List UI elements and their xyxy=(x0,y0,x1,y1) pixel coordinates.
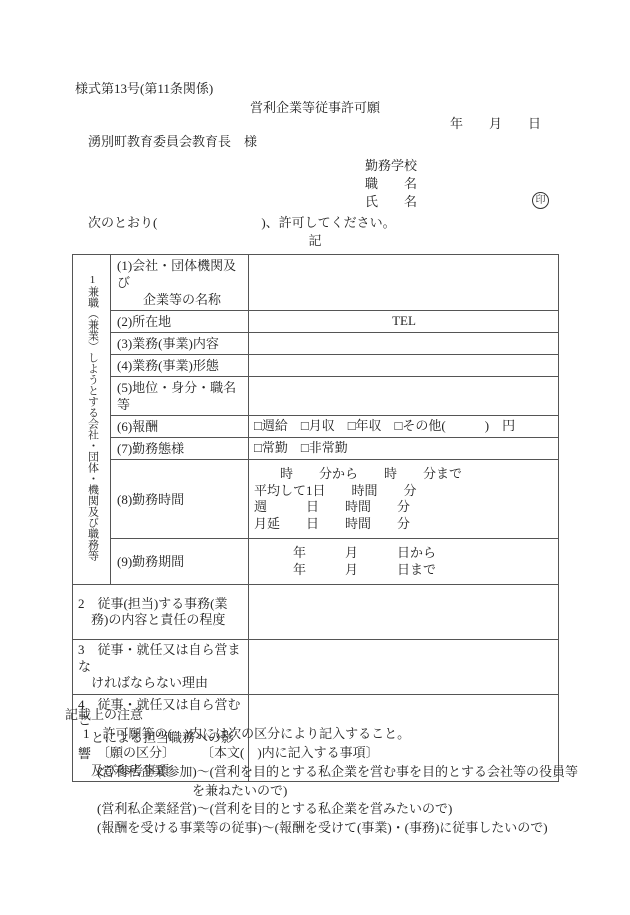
row-value-checkboxes: □常勤 □非常勤 xyxy=(249,438,559,460)
addressee: 湧別町教育委員会教育長 様 xyxy=(88,134,257,150)
item-label: 3 従事・就任又は自ら営まな ければならない理由 xyxy=(73,640,249,695)
row-value-empty xyxy=(249,377,559,416)
row-label: (1)会社・団体機関及び 企業等の名称 xyxy=(111,255,249,311)
table-row: 1兼職︵兼業︶しようとする会社・団体・機関及び職務等 (1)会社・団体機関及び … xyxy=(73,255,559,311)
item-label: 2 従事(担当)する事務(業 務)の内容と責任の程度 xyxy=(73,585,249,640)
row-value-empty xyxy=(249,333,559,355)
row-value-checkboxes: □週給 □月収 □年収 □その他( ) 円 xyxy=(249,416,559,438)
form-number: 様式第13号(第11条関係) xyxy=(75,81,213,97)
seal-icon: 印 xyxy=(532,192,549,209)
row-label: (5)地位・身分・職名等 xyxy=(111,377,249,416)
table-row: 3 従事・就任又は自ら営まな ければならない理由 xyxy=(73,640,559,695)
note-line: (営利私企業参加)～(営利を目的とする私企業を営む事を目的とする会社等の役員等 xyxy=(97,764,578,780)
seal-character: 印 xyxy=(536,196,546,206)
table-row: (6)報酬 □週給 □月収 □年収 □その他( ) 円 xyxy=(73,416,559,438)
table-row: (5)地位・身分・職名等 xyxy=(73,377,559,416)
note-line: を兼ねたいので) xyxy=(192,783,287,799)
note-line: (報酬を受ける事業等の従事)～(報酬を受けて(事業)・(事務)に従事したいので) xyxy=(97,820,548,836)
row-value: 時 分から 時 分まで 平均して1日 時間 分 週 日 時間 分 月延 日 時間… xyxy=(249,460,559,539)
note-line: (営利私企業経営)～(営利を目的とする私企業を営みたいので) xyxy=(97,801,452,817)
row-label: (8)勤務時間 xyxy=(111,460,249,539)
item-value-empty xyxy=(249,585,559,640)
row-value: TEL xyxy=(249,311,559,333)
date-line: 年 月 日 xyxy=(450,116,541,132)
table-row: (4)業務(事業)形態 xyxy=(73,355,559,377)
row-label: (2)所在地 xyxy=(111,311,249,333)
request-line: 次のとおり( )、許可してください。 xyxy=(88,215,396,231)
application-table: 1兼職︵兼業︶しようとする会社・団体・機関及び職務等 (1)会社・団体機関及び … xyxy=(72,254,559,782)
row-label: (4)業務(事業)形態 xyxy=(111,355,249,377)
name-label: 氏 名 xyxy=(365,194,417,210)
row-value: 年 月 日から 年 月 日まで xyxy=(249,539,559,585)
form-page: 様式第13号(第11条関係) 営利企業等従事許可願 年 月 日 湧別町教育委員会… xyxy=(0,0,630,915)
page-title: 営利企業等従事許可願 xyxy=(0,100,630,116)
table-row: (7)勤務態様 □常勤 □非常勤 xyxy=(73,438,559,460)
table-row: (2)所在地 TEL xyxy=(73,311,559,333)
table-row: (9)勤務期間 年 月 日から 年 月 日まで xyxy=(73,539,559,585)
row-label: (3)業務(事業)内容 xyxy=(111,333,249,355)
row-label: (9)勤務期間 xyxy=(111,539,249,585)
workplace-label: 勤務学校 xyxy=(365,158,417,174)
item-value-empty xyxy=(249,640,559,695)
notes-heading: 記載上の注意 xyxy=(65,707,143,723)
row-value-empty xyxy=(249,355,559,377)
section1-vertical-header: 1兼職︵兼業︶しようとする会社・団体・機関及び職務等 xyxy=(73,255,111,585)
row-label: (6)報酬 xyxy=(111,416,249,438)
table-row: (8)勤務時間 時 分から 時 分まで 平均して1日 時間 分 週 日 時間 分… xyxy=(73,460,559,539)
table-row: 2 従事(担当)する事務(業 務)の内容と責任の程度 xyxy=(73,585,559,640)
row-value-empty xyxy=(249,255,559,311)
row-label: (7)勤務態様 xyxy=(111,438,249,460)
section1-vertical-label: 1兼職︵兼業︶しようとする会社・団体・機関及び職務等 xyxy=(86,274,98,561)
ki-heading: 記 xyxy=(0,233,630,249)
note-line: 1 許可願等の( )内には次の区分により記入すること。 xyxy=(83,726,410,742)
note-line: 〔願の区分〕 〔本文( )内に記入する事項〕 xyxy=(97,745,379,761)
table-row: (3)業務(事業)内容 xyxy=(73,333,559,355)
position-label: 職 名 xyxy=(365,176,417,192)
